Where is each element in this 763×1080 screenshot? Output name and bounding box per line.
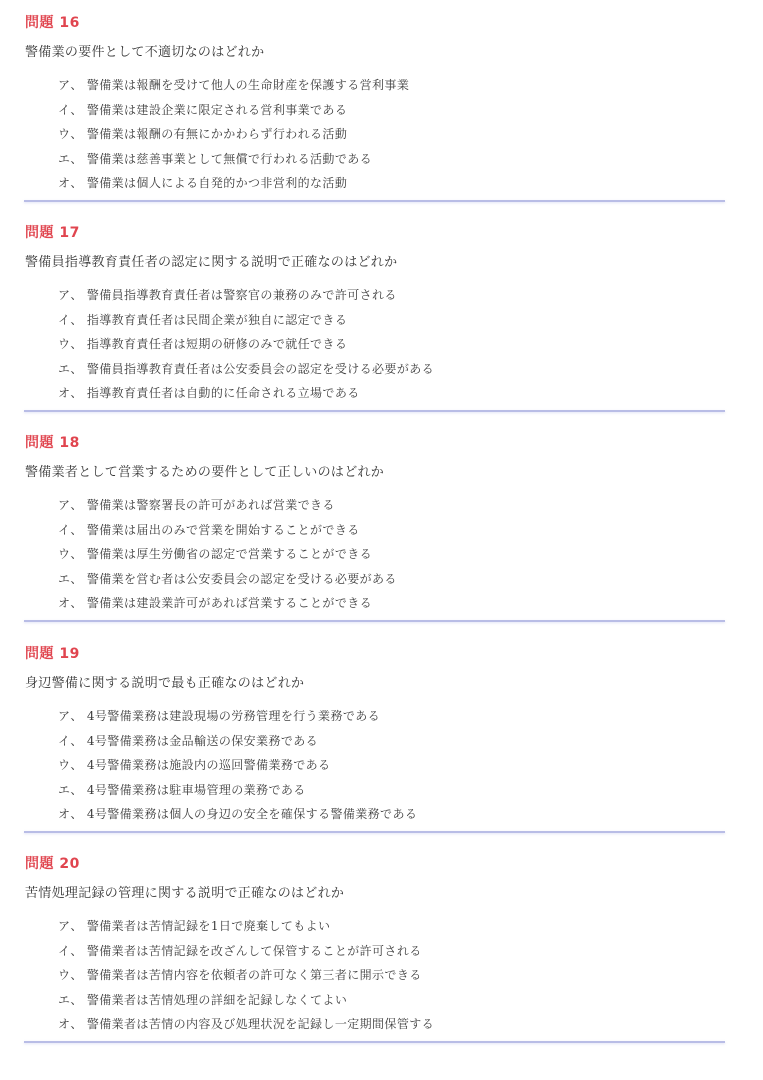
option-u[interactable]: ウ、4号警備業務は施設内の巡回警備業務である: [58, 755, 417, 780]
option-text: 警備業者は苦情の内容及び処理状況を記録し一定期間保管する: [87, 1017, 434, 1031]
option-separator: 、: [70, 544, 82, 564]
option-text: 警備員指導教育責任者は公安委員会の認定を受ける必要がある: [87, 362, 434, 376]
option-marker: イ: [58, 100, 70, 120]
option-text: 警備業は報酬の有無にかかわらず行われる活動: [87, 127, 347, 141]
question-text: 身辺警備に関する説明で最も正確なのはどれか: [25, 675, 304, 693]
question-section-16: 問題 16 警備業の要件として不適切なのはどれか ア、警備業は報酬を受けて他人の…: [24, 10, 725, 220]
option-separator: 、: [70, 520, 82, 540]
option-e[interactable]: エ、4号警備業務は駐車場管理の業務である: [58, 780, 417, 805]
option-text: 警備業を営む者は公安委員会の認定を受ける必要がある: [87, 572, 397, 586]
option-separator: 、: [70, 310, 82, 330]
option-separator: 、: [70, 75, 82, 95]
option-separator: 、: [70, 1014, 82, 1034]
option-o[interactable]: オ、警備業者は苦情の内容及び処理状況を記録し一定期間保管する: [58, 1014, 434, 1039]
option-a[interactable]: ア、警備員指導教育責任者は警察官の兼務のみで許可される: [58, 285, 434, 310]
option-marker: ア: [58, 495, 70, 515]
option-e[interactable]: エ、警備業を営む者は公安委員会の認定を受ける必要がある: [58, 569, 397, 594]
option-text: 警備業は建設企業に限定される営利事業である: [87, 103, 347, 117]
option-marker: ウ: [58, 965, 70, 985]
option-text: 警備業は届出のみで営業を開始することができる: [87, 523, 360, 537]
question-heading: 問題 16: [25, 14, 80, 32]
question-section-19: 問題 19 身辺警備に関する説明で最も正確なのはどれか ア、4号警備業務は建設現…: [24, 641, 725, 851]
option-separator: 、: [70, 100, 82, 120]
section-divider: [24, 831, 725, 833]
option-a[interactable]: ア、警備業は警察署長の許可があれば営業できる: [58, 495, 397, 520]
option-text: 4号警備業務は個人の身辺の安全を確保する警備業務である: [87, 807, 417, 821]
option-marker: ウ: [58, 755, 70, 775]
option-marker: ア: [58, 706, 70, 726]
question-section-17: 問題 17 警備員指導教育責任者の認定に関する説明で正確なのはどれか ア、警備員…: [24, 220, 725, 430]
option-separator: 、: [70, 124, 82, 144]
option-separator: 、: [70, 965, 82, 985]
option-separator: 、: [70, 569, 82, 589]
option-marker: イ: [58, 941, 70, 961]
option-i[interactable]: イ、警備業は届出のみで営業を開始することができる: [58, 520, 397, 545]
option-o[interactable]: オ、警備業は建設業許可があれば営業することができる: [58, 593, 397, 618]
option-list: ア、警備業は報酬を受けて他人の生命財産を保護する営利事業 イ、警備業は建設企業に…: [58, 75, 409, 198]
option-text: 4号警備業務は駐車場管理の業務である: [87, 783, 306, 797]
section-divider: [24, 1041, 725, 1043]
option-separator: 、: [70, 149, 82, 169]
option-separator: 、: [70, 916, 82, 936]
option-marker: エ: [58, 149, 70, 169]
option-marker: エ: [58, 990, 70, 1010]
option-text: 指導教育責任者は自動的に任命される立場である: [87, 386, 360, 400]
option-text: 警備業は厚生労働省の認定で営業することができる: [87, 547, 372, 561]
option-list: ア、警備業は警察署長の許可があれば営業できる イ、警備業は届出のみで営業を開始す…: [58, 495, 397, 618]
option-separator: 、: [70, 359, 82, 379]
option-separator: 、: [70, 383, 82, 403]
option-text: 指導教育責任者は民間企業が独自に認定できる: [87, 313, 347, 327]
option-text: 警備業者は苦情処理の詳細を記録しなくてよい: [87, 993, 347, 1007]
option-separator: 、: [70, 755, 82, 775]
option-separator: 、: [70, 173, 82, 193]
section-divider: [24, 620, 725, 622]
option-text: 警備業者は苦情内容を依頼者の許可なく第三者に開示できる: [87, 968, 422, 982]
section-divider: [24, 410, 725, 412]
option-marker: エ: [58, 359, 70, 379]
option-marker: イ: [58, 731, 70, 751]
option-u[interactable]: ウ、指導教育責任者は短期の研修のみで就任できる: [58, 334, 434, 359]
question-text: 警備業者として営業するための要件として正しいのはどれか: [25, 464, 384, 482]
option-marker: ア: [58, 916, 70, 936]
option-marker: イ: [58, 520, 70, 540]
option-marker: エ: [58, 780, 70, 800]
option-separator: 、: [70, 706, 82, 726]
question-section-20: 問題 20 苦情処理記録の管理に関する説明で正確なのはどれか ア、警備業者は苦情…: [24, 851, 725, 1061]
option-a[interactable]: ア、4号警備業務は建設現場の労務管理を行う業務である: [58, 706, 417, 731]
option-e[interactable]: エ、警備員指導教育責任者は公安委員会の認定を受ける必要がある: [58, 359, 434, 384]
option-text: 警備業は報酬を受けて他人の生命財産を保護する営利事業: [87, 78, 409, 92]
option-o[interactable]: オ、警備業は個人による自発的かつ非営利的な活動: [58, 173, 409, 198]
option-separator: 、: [70, 334, 82, 354]
option-separator: 、: [70, 731, 82, 751]
option-e[interactable]: エ、警備業は慈善事業として無償で行われる活動である: [58, 149, 409, 174]
question-section-18: 問題 18 警備業者として営業するための要件として正しいのはどれか ア、警備業は…: [24, 430, 725, 640]
option-marker: オ: [58, 383, 70, 403]
option-u[interactable]: ウ、警備業は厚生労働省の認定で営業することができる: [58, 544, 397, 569]
question-text: 苦情処理記録の管理に関する説明で正確なのはどれか: [25, 885, 344, 903]
option-o[interactable]: オ、4号警備業務は個人の身辺の安全を確保する警備業務である: [58, 804, 417, 829]
option-separator: 、: [70, 941, 82, 961]
option-separator: 、: [70, 593, 82, 613]
option-text: 4号警備業務は建設現場の労務管理を行う業務である: [87, 709, 380, 723]
option-text: 警備業者は苦情記録を改ざんして保管することが許可される: [87, 944, 422, 958]
option-list: ア、警備員指導教育責任者は警察官の兼務のみで許可される イ、指導教育責任者は民間…: [58, 285, 434, 408]
option-marker: オ: [58, 1014, 70, 1034]
option-marker: エ: [58, 569, 70, 589]
option-separator: 、: [70, 495, 82, 515]
option-text: 警備員指導教育責任者は警察官の兼務のみで許可される: [87, 288, 397, 302]
option-a[interactable]: ア、警備業者は苦情記録を1日で廃棄してもよい: [58, 916, 434, 941]
option-a[interactable]: ア、警備業は報酬を受けて他人の生命財産を保護する営利事業: [58, 75, 409, 100]
option-marker: オ: [58, 593, 70, 613]
option-i[interactable]: イ、指導教育責任者は民間企業が独自に認定できる: [58, 310, 434, 335]
question-heading: 問題 20: [25, 855, 80, 873]
option-o[interactable]: オ、指導教育責任者は自動的に任命される立場である: [58, 383, 434, 408]
option-text: 警備業者は苦情記録を1日で廃棄してもよい: [87, 919, 331, 933]
option-marker: ウ: [58, 334, 70, 354]
option-text: 警備業は警察署長の許可があれば営業できる: [87, 498, 335, 512]
option-separator: 、: [70, 990, 82, 1010]
option-marker: オ: [58, 804, 70, 824]
question-heading: 問題 17: [25, 224, 80, 242]
option-text: 警備業は建設業許可があれば営業することができる: [87, 596, 372, 610]
option-text: 4号警備業務は金品輸送の保安業務である: [87, 734, 318, 748]
option-marker: イ: [58, 310, 70, 330]
option-list: ア、警備業者は苦情記録を1日で廃棄してもよい イ、警備業者は苦情記録を改ざんして…: [58, 916, 434, 1039]
option-separator: 、: [70, 285, 82, 305]
option-separator: 、: [70, 804, 82, 824]
option-marker: ウ: [58, 544, 70, 564]
option-marker: ア: [58, 285, 70, 305]
option-marker: ア: [58, 75, 70, 95]
option-i[interactable]: イ、4号警備業務は金品輸送の保安業務である: [58, 731, 417, 756]
option-text: 警備業は個人による自発的かつ非営利的な活動: [87, 176, 347, 190]
option-marker: オ: [58, 173, 70, 193]
option-text: 指導教育責任者は短期の研修のみで就任できる: [87, 337, 347, 351]
option-i[interactable]: イ、警備業者は苦情記録を改ざんして保管することが許可される: [58, 941, 434, 966]
option-marker: ウ: [58, 124, 70, 144]
section-divider: [24, 200, 725, 202]
question-text: 警備員指導教育責任者の認定に関する説明で正確なのはどれか: [25, 254, 397, 272]
question-text: 警備業の要件として不適切なのはどれか: [25, 44, 264, 62]
option-list: ア、4号警備業務は建設現場の労務管理を行う業務である イ、4号警備業務は金品輸送…: [58, 706, 417, 829]
option-text: 4号警備業務は施設内の巡回警備業務である: [87, 758, 331, 772]
option-u[interactable]: ウ、警備業は報酬の有無にかかわらず行われる活動: [58, 124, 409, 149]
question-heading: 問題 19: [25, 645, 80, 663]
option-e[interactable]: エ、警備業者は苦情処理の詳細を記録しなくてよい: [58, 990, 434, 1015]
option-i[interactable]: イ、警備業は建設企業に限定される営利事業である: [58, 100, 409, 125]
question-heading: 問題 18: [25, 434, 80, 452]
option-text: 警備業は慈善事業として無償で行われる活動である: [87, 152, 372, 166]
option-separator: 、: [70, 780, 82, 800]
option-u[interactable]: ウ、警備業者は苦情内容を依頼者の許可なく第三者に開示できる: [58, 965, 434, 990]
